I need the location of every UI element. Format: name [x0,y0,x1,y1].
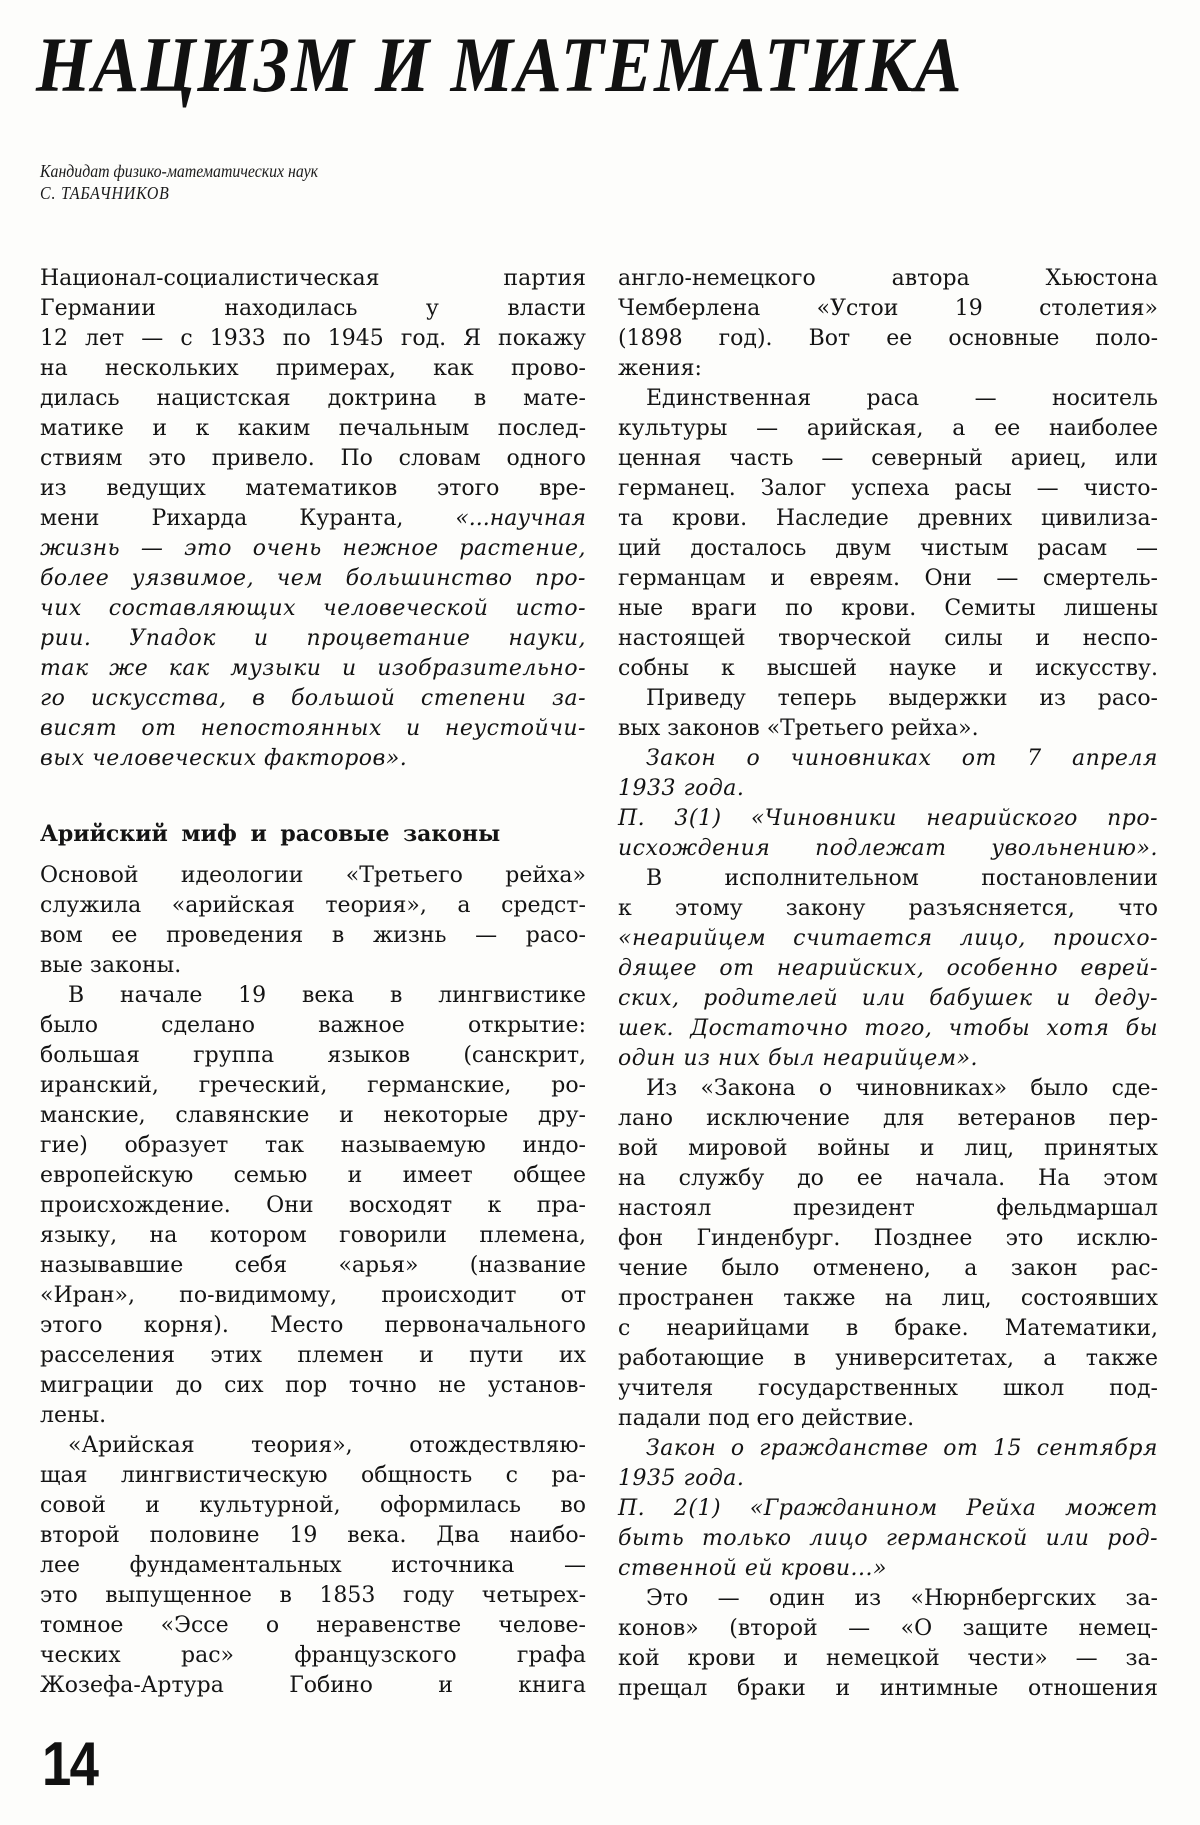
text-line: происхождение. Они восходят к пра- [40,1191,586,1221]
text-line: вых законов «Третьего рейха». [618,714,1158,744]
text-line: Закон о чиновниках от 7 апреля [618,744,1158,774]
text-line: фон Гинденбург. Позднее это исклю- [618,1224,1158,1254]
text-line: второй половине 19 века. Два наибо- [40,1521,586,1551]
text-line: так же как музыки и изобразительно- [40,654,586,684]
text-line: го искусства, в большой степени за- [40,684,586,714]
text-line: ные враги по крови. Семиты лишены [618,594,1158,624]
text-line: «неарийцем считается лицо, происхо- [618,924,1158,954]
text-line: культуры — арийская, а ее наиболее [618,414,1158,444]
text-line: кой крови и немецкой чести» — за- [618,1644,1158,1674]
text-line: ций досталось двум чистым расам — [618,534,1158,564]
section-heading: Арийский миф и расовые законы [40,819,586,849]
text-line: вые законы. [40,951,586,981]
text-line: англо-немецкого автора Хьюстона [618,264,1158,294]
text-line: с неарийцами в браке. Математики, [618,1314,1158,1344]
text-line: ценная часть — северный ариец, или [618,444,1158,474]
text-line: ских, родителей или бабушек и деду- [618,984,1158,1014]
text-line: собны к высшей науке и искусству. [618,654,1158,684]
text-line: чих составляющих человеческой исто- [40,594,586,624]
text-line: «Арийская теория», отождествляю- [40,1431,586,1461]
text-line: падали под его действие. [618,1404,1158,1434]
text-line: Жозефа-Артура Гобино и книга [40,1671,586,1701]
text-line: Из «Закона о чиновниках» было сде- [618,1074,1158,1104]
left-column: Национал-социалистическая партияГермании… [40,264,586,1701]
text-line: вой мировой войны и лиц, принятых [618,1134,1158,1164]
text-line: работающие в университетах, а также [618,1344,1158,1374]
text-line: учителя государственных школ под- [618,1374,1158,1404]
text-line: щая лингвистическую общность с ра- [40,1461,586,1491]
text-line: языку, на котором говорили племена, [40,1221,586,1251]
text-line: Это — один из «Нюрнбергских за- [618,1584,1158,1614]
text-line: матике и к каким печальным послед- [40,414,586,444]
text-line: германцам и евреям. Они — смертель- [618,564,1158,594]
text-line: шек. Достаточно того, чтобы хотя бы [618,1014,1158,1044]
text-line: настоящей творческой силы и неспо- [618,624,1158,654]
author-degree: Кандидат физико-математических наук [40,160,318,182]
text-line: та крови. Наследие древних цивилиза- [618,504,1158,534]
text-line: П. 2(1) «Гражданином Рейха может [618,1494,1158,1524]
text-line: чение было отменено, а закон рас- [618,1254,1158,1284]
text-line: жения: [618,354,1158,384]
text-line: расселения этих племен и пути их [40,1341,586,1371]
text-line: служила «арийская теория», а средст- [40,891,586,921]
byline: Кандидат физико-математических наук С. Т… [40,160,318,204]
text-line: Единственная раса — носитель [618,384,1158,414]
text-line: Закон о гражданстве от 15 сентября [618,1434,1158,1464]
quote-start: «...научная [455,506,586,531]
article-title: НАЦИЗМ И МАТЕМАТИКА [36,20,1026,110]
right-column: англо-немецкого автора ХьюстонаЧемберлен… [618,264,1158,1704]
text-line: вом ее проведения в жизнь — расо- [40,921,586,951]
text-line: В исполнительном постановлении [618,864,1158,894]
plain-text: мени Рихарда Куранта, [40,506,455,531]
text-line: исхождения подлежат увольнению». [618,834,1158,864]
text-line: германец. Залог успеха расы — чисто- [618,474,1158,504]
text-line: лее фундаментальных источника — [40,1551,586,1581]
text-line: дилась нацистская доктрина в мате- [40,384,586,414]
text-line: называвшие себя «арья» (название [40,1251,586,1281]
text-line: на нескольких примерах, как прово- [40,354,586,384]
text-line: томное «Эссе о неравенстве челове- [40,1611,586,1641]
text-line: В начале 19 века в лингвистике [40,981,586,1011]
text-line: иранский, греческий, германские, ро- [40,1071,586,1101]
text-line: 12 лет — с 1933 по 1945 год. Я покажу [40,324,586,354]
text-line: висят от непостоянных и неустойчи- [40,714,586,744]
text-line: Основой идеологии «Третьего рейха» [40,861,586,891]
text-line: Приведу теперь выдержки из расо- [618,684,1158,714]
text-line: дящее от неарийских, особенно еврей- [618,954,1158,984]
text-line: лано исключение для ветеранов пер- [618,1104,1158,1134]
text-line: прещал браки и интимные отношения [618,1674,1158,1704]
text-line: из ведущих математиков этого вре- [40,474,586,504]
page-number: 14 [42,1734,97,1796]
text-line: Чемберлена «Устои 19 столетия» [618,294,1158,324]
text-line: быть только лицо германской или род- [618,1524,1158,1554]
text-line: 1935 года. [618,1464,1158,1494]
text-line: Германии находилась у власти [40,294,586,324]
text-line: «Иран», по-видимому, происходит от [40,1281,586,1311]
text-line: гие) образует так называемую индо- [40,1131,586,1161]
text-line: к этому закону разъясняется, что [618,894,1158,924]
text-line: жизнь — это очень нежное растение, [40,534,586,564]
text-line: ственной ей крови...» [618,1554,1158,1584]
text-line: лены. [40,1401,586,1431]
text-line: это выпущенное в 1853 году четырех- [40,1581,586,1611]
text-line: настоял президент фельдмаршал [618,1194,1158,1224]
text-line: пространен также на лиц, состоявших [618,1284,1158,1314]
text-line: ческих рас» французского графа [40,1641,586,1671]
text-line: конов» (второй — «О защите немец- [618,1614,1158,1644]
text-line: большая группа языков (санскрит, [40,1041,586,1071]
author-name: С. ТАБАЧНИКОВ [40,182,318,204]
text-line: Национал-социалистическая партия [40,264,586,294]
intro-paragraph: Национал-социалистическая партияГермании… [40,264,586,774]
text-line: П. 3(1) «Чиновники неарийского про- [618,804,1158,834]
text-line: более уязвимое, чем большинство про- [40,564,586,594]
text-line: европейскую семью и имеет общее [40,1161,586,1191]
text-line: на службу до ее начала. На этом [618,1164,1158,1194]
text-line: было сделано важное открытие: [40,1011,586,1041]
text-line: ствиям это привело. По словам одного [40,444,586,474]
text-line: миграции до сих пор точно не установ- [40,1371,586,1401]
text-line: вых человеческих факторов». [40,744,586,774]
text-line: этого корня). Место первоначального [40,1311,586,1341]
text-line: рии. Упадок и процветание науки, [40,624,586,654]
text-line: манские, славянские и некоторые дру- [40,1101,586,1131]
text-line: мени Рихарда Куранта, «...научная [40,504,586,534]
right-column-body: англо-немецкого автора ХьюстонаЧемберлен… [618,264,1158,1704]
text-line: (1898 год). Вот ее основные поло- [618,324,1158,354]
text-line: 1933 года. [618,774,1158,804]
text-line: один из них был неарийцем». [618,1044,1158,1074]
text-line: совой и культурной, оформилась во [40,1491,586,1521]
section-body: Основой идеологии «Третьего рейха»служил… [40,861,586,1701]
